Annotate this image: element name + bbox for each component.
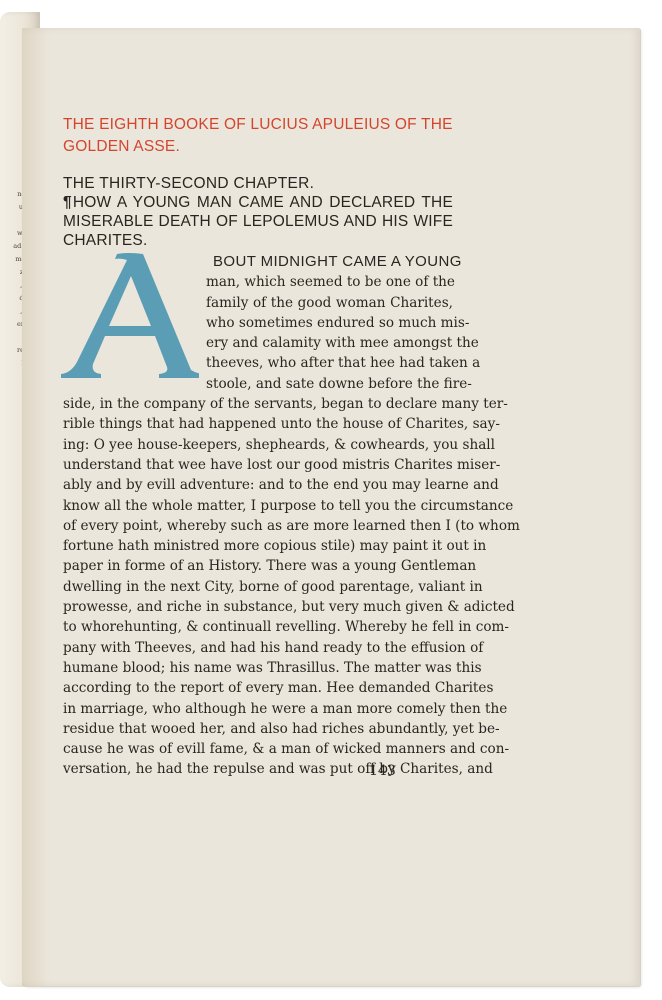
text-line: dwelling in the next City, borne of good… <box>63 577 453 597</box>
chapter-heading-text: HOW A YOUNG MAN CAME AND DECLARED THE MI… <box>63 194 453 249</box>
text-line: understand that wee have lost our good m… <box>63 455 453 475</box>
text-line: in marriage, who although he were a man … <box>63 699 453 719</box>
text-line: know all the whole matter, I purpose to … <box>63 496 453 516</box>
text-line: paper in forme of an History. There was … <box>63 556 453 576</box>
text-line: residue that wooed her, and also had ric… <box>63 719 453 739</box>
chapter-heading: ¶HOW A YOUNG MAN CAME AND DECLARED THE M… <box>63 193 453 250</box>
drop-cap-initial-a-icon <box>59 252 199 380</box>
book-title: THE EIGHTH BOOKE OF LUCIUS APULEIUS OF T… <box>63 114 453 158</box>
text-line: cause he was of evill fame, & a man of w… <box>63 739 453 759</box>
page-number: 143 <box>369 763 396 779</box>
body-text: BOUT MIDNIGHT CAME A YOUNG man, which se… <box>63 252 453 780</box>
pilcrow-icon: ¶ <box>63 194 72 211</box>
text-line: prowesse, and riche in substance, but ve… <box>63 597 453 617</box>
book-page: THE EIGHTH BOOKE OF LUCIUS APULEIUS OF T… <box>22 28 641 987</box>
page-gutter-shadow <box>22 28 50 986</box>
text-line: humane blood; his name was Thrasillus. T… <box>63 658 453 678</box>
text-line: fortune hath ministred more copious stil… <box>63 536 453 556</box>
text-line: rible things that had happened unto the … <box>63 414 453 434</box>
text-line: of every point, whereby such as are more… <box>63 516 453 536</box>
text-line: pany with Theeves, and had his hand read… <box>63 638 453 658</box>
text-line: ing: O yee house-keepers, shepheards, & … <box>63 435 453 455</box>
text-line: ably and by evill adventure: and to the … <box>63 475 453 495</box>
text-line: to whorehunting, & continuall revelling.… <box>63 617 453 637</box>
text-line: according to the report of every man. He… <box>63 678 453 698</box>
page-content: THE EIGHTH BOOKE OF LUCIUS APULEIUS OF T… <box>63 114 453 780</box>
chapter-title: THE THIRTY-SECOND CHAPTER. <box>63 174 453 193</box>
text-line: side, in the company of the servants, be… <box>63 394 453 414</box>
